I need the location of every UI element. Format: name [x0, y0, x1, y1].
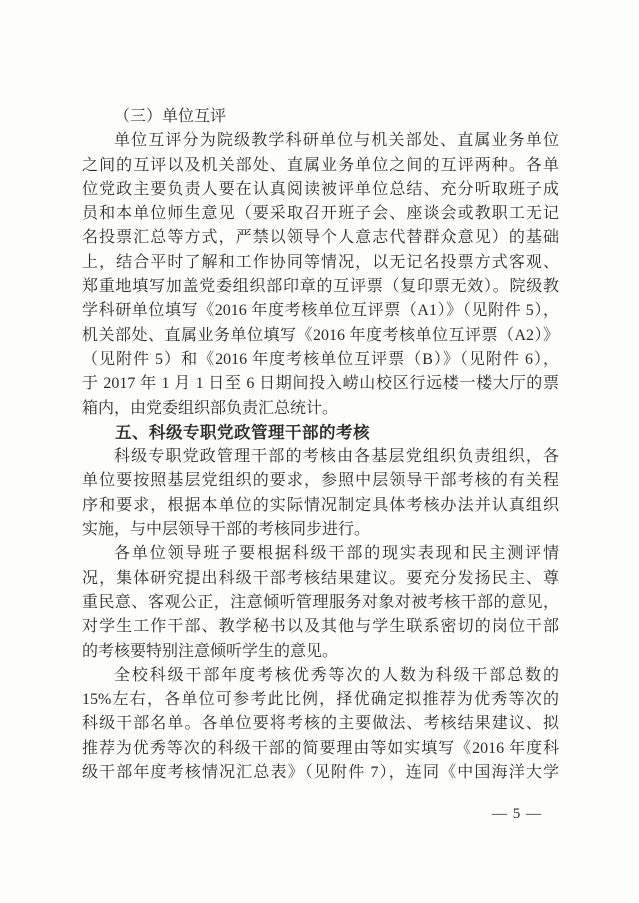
- text-line: 序和要求，根据本单位的实际情况制定具体考核办法并认真组织: [82, 494, 559, 518]
- text-line: 级干部年度考核情况汇总表》（见附件 7），连同《中国海洋大学: [82, 761, 559, 785]
- text-line: 实施，与中层领导干部的考核同步进行。: [82, 518, 559, 542]
- document-body: （三）单位互评单位互评分为院级教学科研单位与机关部处、直属业务单位之间的互评以及…: [82, 105, 559, 785]
- section-heading: 五、科级专职党政管理干部的考核: [82, 421, 559, 445]
- text-line: 况，集体研究提出科级干部考核结果建议。要充分发扬民主、尊: [82, 567, 559, 591]
- text-line: （见附件 5）和《2016 年度考核单位互评票（B）》（见附件 6），: [82, 348, 559, 372]
- text-line: 全校科级干部年度考核优秀等次的人数为科级干部总数的: [82, 664, 559, 688]
- text-line: 的考核要特别注意倾听学生的意见。: [82, 640, 559, 664]
- text-line: 位党政主要负责人要在认真阅读被评单位总结、充分听取班子成: [82, 178, 559, 202]
- text-line: 各单位领导班子要根据科级干部的现实表现和民主测评情: [82, 542, 559, 566]
- section-heading: （三）单位互评: [82, 105, 559, 129]
- text-line: 之间的互评以及机关部处、直属业务单位之间的互评两种。各单: [82, 154, 559, 178]
- text-line: 上，结合平时了解和工作协同等情况，以无记名投票方式客观、: [82, 251, 559, 275]
- text-line: 于 2017 年 1 月 1 日至 6 日期间投入崂山校区行远楼一楼大厅的票: [82, 372, 559, 396]
- text-line: 员和本单位师生意见（要采取召开班子会、座谈会或教职工无记: [82, 202, 559, 226]
- text-line: 科级干部名单。各单位要将考核的主要做法、考核结果建议、拟: [82, 712, 559, 736]
- text-line: 科级专职党政管理干部的考核由各基层党组织负责组织，各: [82, 445, 559, 469]
- text-line: 15%左右，各单位可参考此比例，择优确定拟推荐为优秀等次的: [82, 688, 559, 712]
- document-page: （三）单位互评单位互评分为院级教学科研单位与机关部处、直属业务单位之间的互评以及…: [0, 0, 639, 903]
- text-line: 对学生工作干部、教学秘书以及其他与学生联系密切的岗位干部: [82, 615, 559, 639]
- text-line: 学科研单位填写《2016 年度考核单位互评票（A1）》（见附件 5），: [82, 299, 559, 323]
- text-line: 单位要按照基层党组织的要求，参照中层领导干部考核的有关程: [82, 469, 559, 493]
- text-line: 箱内，由党委组织部负责汇总统计。: [82, 397, 559, 421]
- text-line: 机关部处、直属业务单位填写《2016 年度考核单位互评票（A2）》: [82, 324, 559, 348]
- text-line: 郑重地填写加盖党委组织部印章的互评票（复印票无效）。院级教: [82, 275, 559, 299]
- text-line: 名投票汇总等方式，严禁以领导个人意志代替群众意见）的基础: [82, 226, 559, 250]
- text-line: 重民意、客观公正，注意倾听管理服务对象对被考核干部的意见，: [82, 591, 559, 615]
- text-line: 单位互评分为院级教学科研单位与机关部处、直属业务单位: [82, 129, 559, 153]
- page-number: — 5 —: [492, 804, 542, 824]
- text-line: 推荐为优秀等次的科级干部的简要理由等如实填写《2016 年度科: [82, 737, 559, 761]
